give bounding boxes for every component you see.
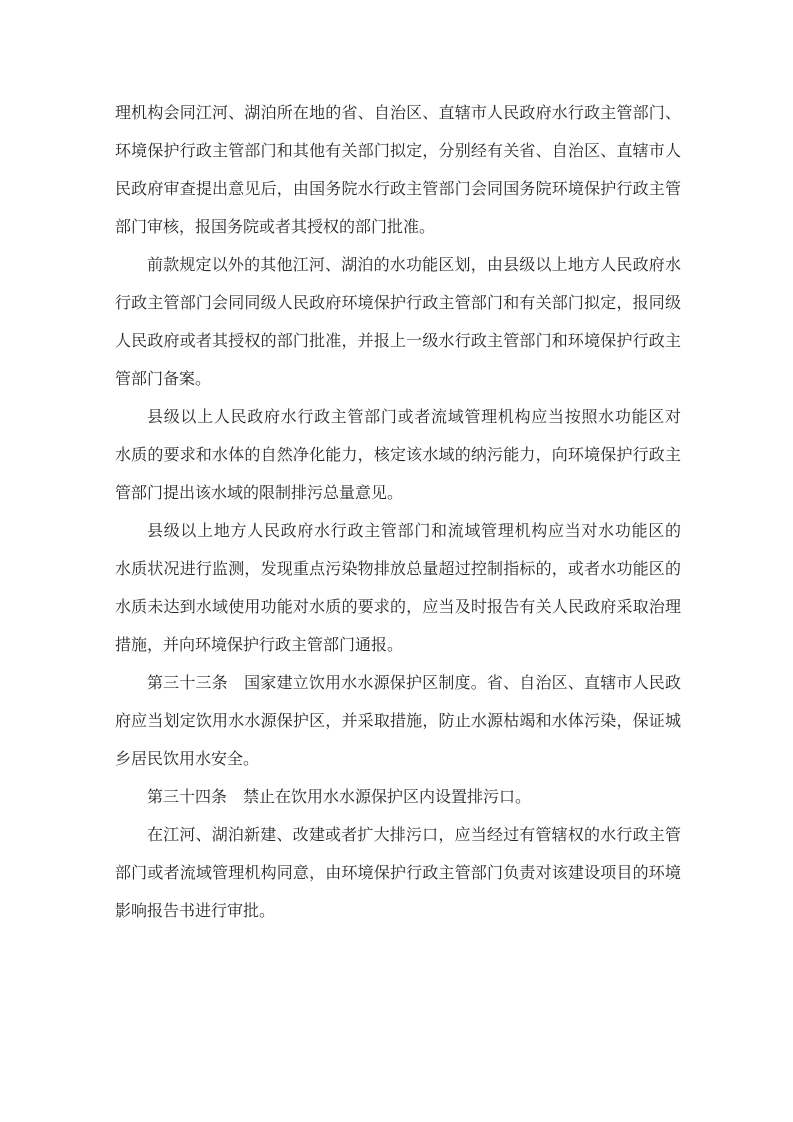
paragraph: 县级以上地方人民政府水行政主管部门和流域管理机构应当对水功能区的水质状况进行监测… [115, 513, 681, 665]
paragraph: 在江河、湖泊新建、改建或者扩大排污口，应当经过有管辖权的水行政主管部门或者流域管… [115, 817, 681, 931]
text-line: 乡居民饮用水安全。 [115, 741, 681, 779]
text-line: 县级以上人民政府水行政主管部门或者流域管理机构应当按照水功能区对 [115, 399, 681, 437]
text-line: 县级以上地方人民政府水行政主管部门和流域管理机构应当对水功能区的 [115, 513, 681, 551]
text-line: 水质的要求和水体的自然净化能力，核定该水域的纳污能力，向环境保护行政主 [115, 437, 681, 475]
text-line: 管部门提出该水域的限制排污总量意见。 [115, 475, 681, 513]
paragraph: 理机构会同江河、湖泊所在地的省、自治区、直辖市人民政府水行政主管部门、环境保护行… [115, 95, 681, 247]
text-line: 水质状况进行监测，发现重点污染物排放总量超过控制指标的，或者水功能区的 [115, 551, 681, 589]
paragraph: 县级以上人民政府水行政主管部门或者流域管理机构应当按照水功能区对水质的要求和水体… [115, 399, 681, 513]
paragraph: 前款规定以外的其他江河、湖泊的水功能区划，由县级以上地方人民政府水行政主管部门会… [115, 247, 681, 399]
text-line: 部门或者流域管理机构同意，由环境保护行政主管部门负责对该建设项目的环境 [115, 855, 681, 893]
text-line: 水质未达到水域使用功能对水质的要求的，应当及时报告有关人民政府采取治理 [115, 589, 681, 627]
text-line: 部门审核，报国务院或者其授权的部门批准。 [115, 209, 681, 247]
text-line: 影响报告书进行审批。 [115, 893, 681, 931]
document-page: 理机构会同江河、湖泊所在地的省、自治区、直辖市人民政府水行政主管部门、环境保护行… [0, 0, 793, 1122]
text-line: 行政主管部门会同同级人民政府环境保护行政主管部门和有关部门拟定，报同级 [115, 285, 681, 323]
text-line: 在江河、湖泊新建、改建或者扩大排污口，应当经过有管辖权的水行政主管 [115, 817, 681, 855]
text-line: 府应当划定饮用水水源保护区，并采取措施，防止水源枯竭和水体污染，保证城 [115, 703, 681, 741]
text-line: 第三十四条 禁止在饮用水水源保护区内设置排污口。 [115, 779, 681, 817]
text-line: 民政府审查提出意见后，由国务院水行政主管部门会同国务院环境保护行政主管 [115, 171, 681, 209]
text-line: 前款规定以外的其他江河、湖泊的水功能区划，由县级以上地方人民政府水 [115, 247, 681, 285]
paragraph: 第三十三条 国家建立饮用水水源保护区制度。省、自治区、直辖市人民政府应当划定饮用… [115, 665, 681, 779]
paragraph: 第三十四条 禁止在饮用水水源保护区内设置排污口。 [115, 779, 681, 817]
text-line: 措施，并向环境保护行政主管部门通报。 [115, 627, 681, 665]
text-line: 第三十三条 国家建立饮用水水源保护区制度。省、自治区、直辖市人民政 [115, 665, 681, 703]
text-line: 人民政府或者其授权的部门批准，并报上一级水行政主管部门和环境保护行政主 [115, 323, 681, 361]
document-text: 理机构会同江河、湖泊所在地的省、自治区、直辖市人民政府水行政主管部门、环境保护行… [115, 95, 681, 931]
text-line: 理机构会同江河、湖泊所在地的省、自治区、直辖市人民政府水行政主管部门、 [115, 95, 681, 133]
text-line: 环境保护行政主管部门和其他有关部门拟定，分别经有关省、自治区、直辖市人 [115, 133, 681, 171]
text-line: 管部门备案。 [115, 361, 681, 399]
